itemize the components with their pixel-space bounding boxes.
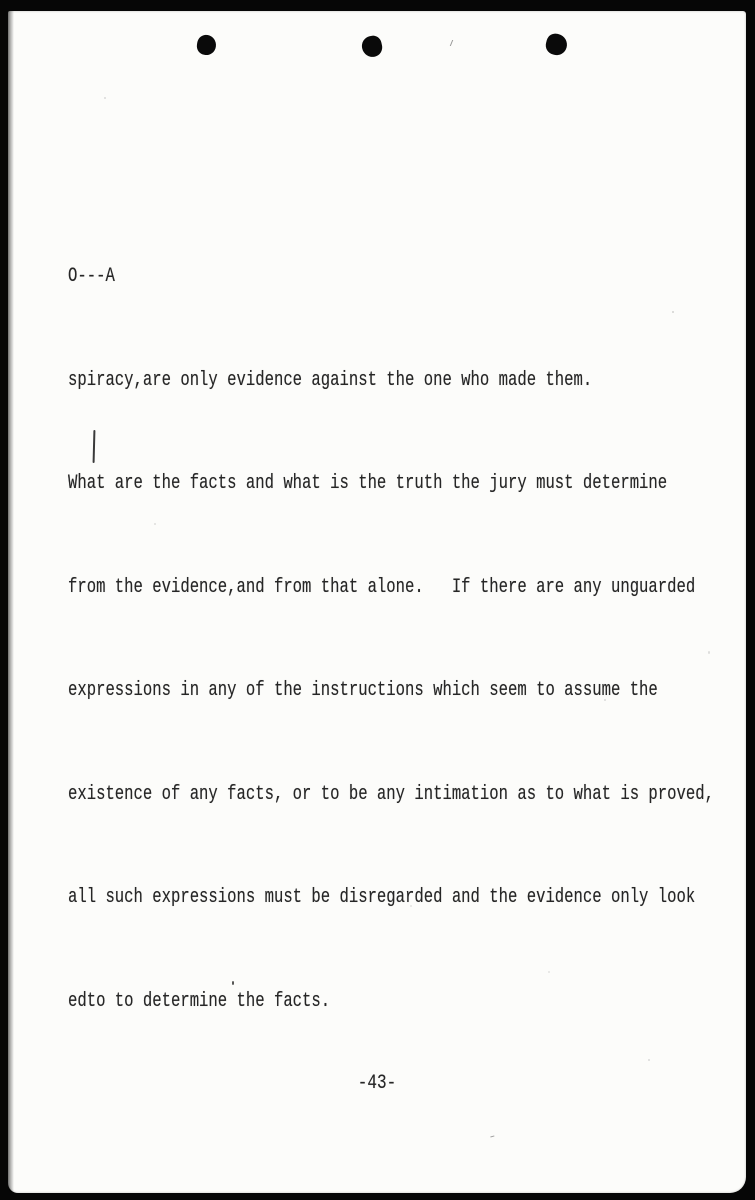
- binder-fastener-dot: [360, 34, 384, 59]
- scan-speckle: [154, 523, 156, 525]
- instruction-code-label: O---A: [68, 260, 714, 295]
- scan-speckle: [410, 905, 412, 907]
- body-text-line: What are the facts and what is the truth…: [68, 467, 714, 502]
- scan-speckle: [447, 40, 453, 46]
- document-page: O---A spiracy,are only evidence against …: [8, 11, 746, 1193]
- scan-speckle: [696, 793, 699, 795]
- body-text-line: edto to determine the facts.: [68, 985, 714, 1020]
- page-number: -43-: [82, 1072, 672, 1095]
- scan-speckle: [232, 981, 234, 985]
- binder-fastener-dot: [544, 32, 570, 58]
- body-text-line: from the evidence,and from that alone. I…: [68, 571, 714, 606]
- scan-speckle: [708, 651, 710, 654]
- scan-speckle: [490, 1133, 495, 1138]
- body-text-line: all such expressions must be disregarded…: [68, 881, 714, 916]
- scan-speckle: [648, 1059, 650, 1061]
- binder-fastener-dot: [196, 34, 218, 56]
- scan-speckle: [604, 699, 606, 701]
- body-text-line: spiracy,are only evidence against the on…: [68, 364, 714, 399]
- body-text-line: existence of any facts, or to be any int…: [68, 778, 714, 813]
- scan-speckle: [548, 971, 550, 973]
- scan-edge-shadow: [8, 11, 14, 1193]
- typewritten-text-block: O---A spiracy,are only evidence against …: [68, 191, 714, 1088]
- body-text-line: expressions in any of the instructions w…: [68, 674, 714, 709]
- scan-speckle: [672, 311, 674, 313]
- scanned-page-background: O---A spiracy,are only evidence against …: [0, 0, 755, 1200]
- scan-speckle: [104, 97, 106, 99]
